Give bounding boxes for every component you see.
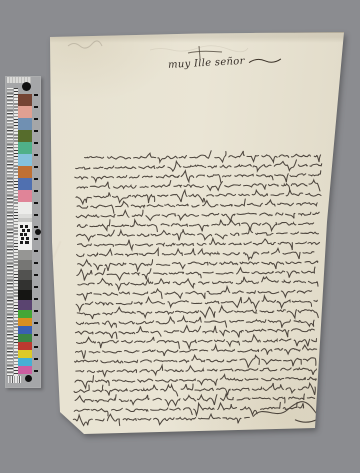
handwriting-line bbox=[77, 266, 315, 280]
tick-mark bbox=[34, 202, 39, 204]
color-patch bbox=[18, 270, 32, 280]
tick-mark bbox=[34, 286, 39, 288]
tick-mark bbox=[34, 274, 39, 276]
color-patch bbox=[18, 366, 32, 374]
tick-mark bbox=[34, 190, 39, 192]
handwriting-line bbox=[76, 208, 319, 223]
tick-mark bbox=[34, 250, 39, 252]
tick-mark bbox=[34, 262, 39, 264]
handwriting-line bbox=[75, 393, 315, 407]
color-patch bbox=[18, 260, 32, 270]
handwriting-line bbox=[76, 364, 317, 378]
tick-mark bbox=[34, 226, 39, 228]
tick-mark bbox=[34, 130, 39, 132]
tick-mark bbox=[34, 214, 39, 216]
signature-flourish bbox=[253, 401, 332, 422]
handwriting-line bbox=[76, 227, 318, 241]
tick-mark bbox=[34, 142, 39, 144]
tick-mark bbox=[34, 166, 39, 168]
registration-dot-mid bbox=[35, 229, 41, 235]
card-microtext-column bbox=[7, 88, 13, 376]
color-patch bbox=[18, 326, 32, 334]
handwriting-line bbox=[75, 169, 321, 184]
tick-mark bbox=[34, 370, 39, 372]
color-patch bbox=[18, 290, 32, 300]
handwriting-line bbox=[73, 413, 249, 426]
color-patch bbox=[18, 318, 32, 326]
color-patch bbox=[18, 250, 32, 260]
tick-mark bbox=[34, 310, 39, 312]
color-patch bbox=[18, 358, 32, 366]
photo-background: muy Ille señor bbox=[0, 0, 360, 473]
handwriting-line bbox=[74, 402, 303, 417]
tick-mark bbox=[34, 118, 39, 120]
card-barcode-block bbox=[18, 222, 32, 250]
color-patch bbox=[18, 118, 32, 130]
registration-dot-bottom bbox=[25, 375, 32, 382]
handwriting-line bbox=[76, 315, 314, 330]
handwriting-line bbox=[76, 344, 317, 359]
color-patch bbox=[18, 202, 32, 214]
tick-mark bbox=[34, 322, 39, 324]
color-patch bbox=[18, 310, 32, 318]
tick-mark bbox=[34, 358, 39, 360]
handwriting-line bbox=[76, 295, 317, 310]
tick-mark bbox=[34, 346, 39, 348]
handwriting-line bbox=[77, 198, 317, 213]
handwriting-line bbox=[74, 383, 315, 398]
handwriting-line bbox=[77, 286, 312, 300]
color-patch bbox=[18, 334, 32, 342]
tick-mark bbox=[34, 334, 39, 336]
tick-mark bbox=[34, 106, 39, 108]
tick-mark bbox=[34, 298, 39, 300]
tick-mark bbox=[34, 94, 39, 96]
handwriting-line bbox=[77, 218, 313, 233]
color-calibration-card bbox=[5, 76, 41, 388]
letter-paper: muy Ille señor bbox=[0, 0, 360, 473]
color-patch bbox=[18, 350, 32, 358]
tick-mark bbox=[34, 238, 39, 240]
color-patch bbox=[18, 130, 32, 142]
handwriting-body bbox=[0, 0, 360, 473]
color-patch-stack bbox=[18, 94, 32, 374]
handwriting-line bbox=[76, 189, 321, 204]
color-patch bbox=[18, 142, 32, 154]
tick-mark bbox=[34, 154, 39, 156]
handwriting-line bbox=[78, 258, 318, 272]
color-patch bbox=[18, 154, 32, 166]
handwriting-line bbox=[78, 276, 318, 290]
color-patch bbox=[18, 280, 32, 290]
paper-drop-shadow: muy Ille señor bbox=[0, 0, 360, 473]
handwriting-line bbox=[75, 354, 316, 369]
card-bottom-label bbox=[8, 376, 23, 383]
color-patch bbox=[18, 190, 32, 202]
handwriting-line bbox=[77, 237, 319, 252]
handwriting-line bbox=[77, 247, 314, 261]
registration-dot-top bbox=[22, 82, 31, 91]
color-patch bbox=[18, 300, 32, 310]
color-patch bbox=[18, 342, 32, 350]
color-patch bbox=[18, 166, 32, 178]
color-patch bbox=[18, 106, 32, 118]
color-patch bbox=[18, 94, 32, 106]
handwriting-line bbox=[76, 160, 322, 173]
tick-mark bbox=[34, 178, 39, 180]
handwriting-line bbox=[77, 179, 320, 194]
color-patch bbox=[18, 178, 32, 190]
handwriting-line bbox=[85, 150, 321, 165]
